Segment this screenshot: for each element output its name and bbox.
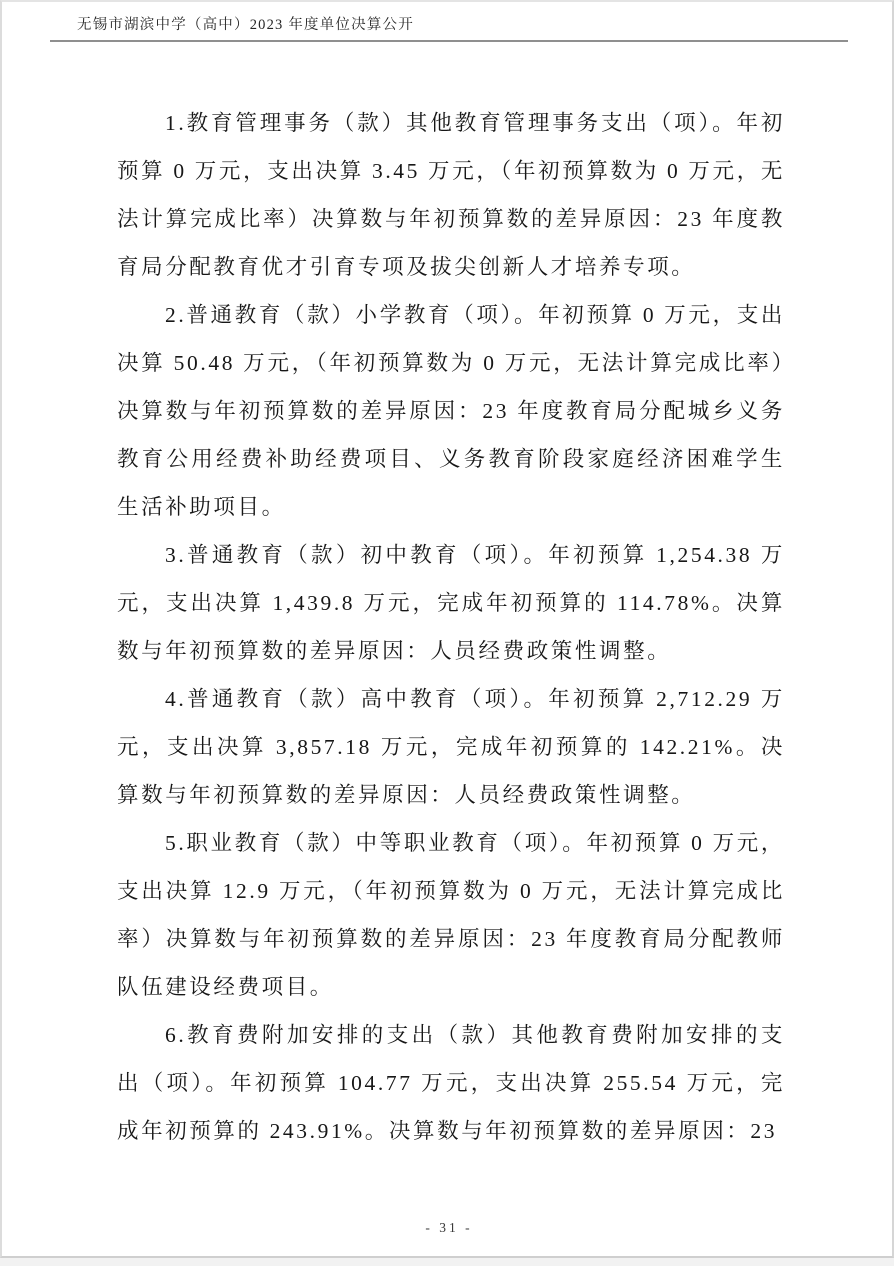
paragraph-senior-high-education-expense: 4.普通教育（款）高中教育（项）。年初预算 2,712.29 万元，支出决算 3…	[117, 675, 785, 819]
page-footer: - 31 -	[2, 1220, 894, 1236]
paragraph-education-surcharge-expense: 6.教育费附加安排的支出（款）其他教育费附加安排的支出（项）。年初预算 104.…	[117, 1011, 785, 1155]
document-header-title: 无锡市湖滨中学（高中）2023 年度单位决算公开	[77, 17, 414, 33]
document-body: 1.教育管理事务（款）其他教育管理事务支出（项）。年初预算 0 万元，支出决算 …	[117, 99, 785, 1155]
paragraph-junior-high-education-expense: 3.普通教育（款）初中教育（项）。年初预算 1,254.38 万元，支出决算 1…	[117, 531, 785, 675]
page-number: - 31 -	[425, 1220, 472, 1235]
paragraph-education-management-expense: 1.教育管理事务（款）其他教育管理事务支出（项）。年初预算 0 万元，支出决算 …	[117, 99, 785, 291]
document-header: 无锡市湖滨中学（高中）2023 年度单位决算公开	[50, 13, 848, 42]
paragraph-vocational-education-expense: 5.职业教育（款）中等职业教育（项）。年初预算 0 万元，支出决算 12.9 万…	[117, 819, 785, 1011]
document-page: 无锡市湖滨中学（高中）2023 年度单位决算公开 1.教育管理事务（款）其他教育…	[0, 0, 894, 1258]
paragraph-primary-education-expense: 2.普通教育（款）小学教育（项）。年初预算 0 万元，支出决算 50.48 万元…	[117, 291, 785, 531]
